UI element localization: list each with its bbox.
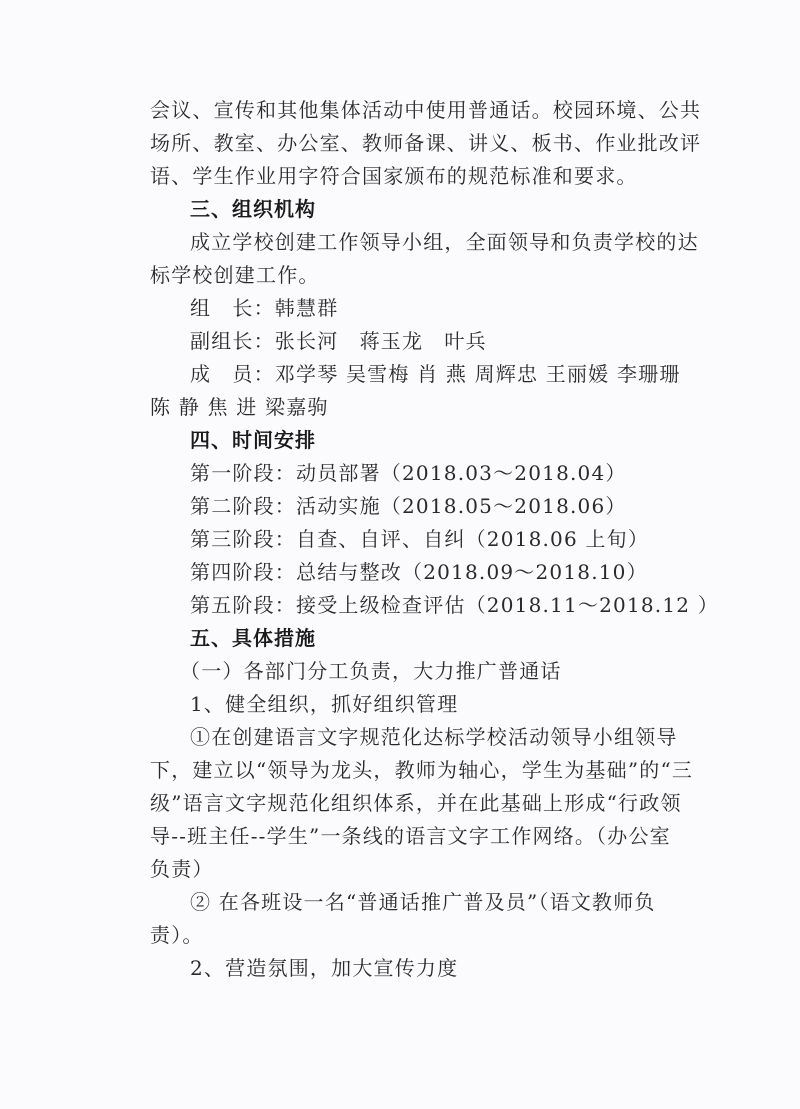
deputy-leader-line: 副组长：张长河 蒋玉龙 叶兵	[190, 329, 750, 353]
schedule-item: 第四阶段：总结与整改（2018.09～2018.10）	[190, 560, 750, 584]
paragraph-line: 语、学生作业用字符合国家颁布的规范标准和要求。	[150, 164, 710, 188]
paragraph-line: 场所、教室、办公室、教师备课、讲义、板书、作业批改评	[150, 131, 710, 155]
document-page: 会议、宣传和其他集体活动中使用普通话。校园环境、公共 场所、教室、办公室、教师备…	[0, 0, 800, 1109]
section-heading: 五、具体措施	[190, 626, 750, 650]
members-line: 成 员：邓学琴 吴雪梅 肖 燕 周辉忠 王丽媛 李珊珊	[190, 362, 750, 386]
paragraph-line: 会议、宣传和其他集体活动中使用普通话。校园环境、公共	[150, 98, 710, 122]
section-heading: 三、组织机构	[190, 197, 750, 221]
schedule-item: 第五阶段：接受上级检查评估（2018.11～2018.12 ）	[190, 593, 750, 617]
paragraph-line: 下，建立以“领导为龙头，教师为轴心，学生为基础”的“三	[150, 758, 710, 782]
section-heading: 四、时间安排	[190, 428, 750, 452]
item-heading: 2、营造氛围，加大宣传力度	[190, 956, 750, 980]
paragraph-line: ①在创建语言文字规范化达标学校活动领导小组领导	[190, 725, 750, 749]
subsection-heading: （一）各部门分工负责，大力推广普通话	[180, 659, 740, 683]
paragraph-line: 成立学校创建工作领导小组，全面领导和负责学校的达	[190, 230, 750, 254]
paragraph-line: ② 在各班设一名“普通话推广普及员”（语文教师负	[190, 890, 750, 914]
schedule-item: 第三阶段：自查、自评、自纠（2018.06 上旬）	[190, 527, 750, 551]
members-line-cont: 陈 静 焦 进 梁嘉驹	[150, 395, 710, 419]
item-heading: 1、健全组织，抓好组织管理	[190, 692, 750, 716]
paragraph-line: 级”语言文字规范化组织体系，并在此基础上形成“行政领	[150, 791, 710, 815]
paragraph-line: 标学校创建工作。	[150, 263, 710, 287]
schedule-item: 第二阶段：活动实施（2018.05～2018.06）	[190, 494, 750, 518]
paragraph-line: 负责）	[150, 857, 710, 881]
schedule-item: 第一阶段：动员部署（2018.03～2018.04）	[190, 461, 750, 485]
leader-line: 组 长：韩慧群	[190, 296, 750, 320]
paragraph-line: 责）。	[150, 923, 710, 947]
paragraph-line: 导--班主任--学生”一条线的语言文字工作网络。（办公室	[150, 824, 710, 848]
